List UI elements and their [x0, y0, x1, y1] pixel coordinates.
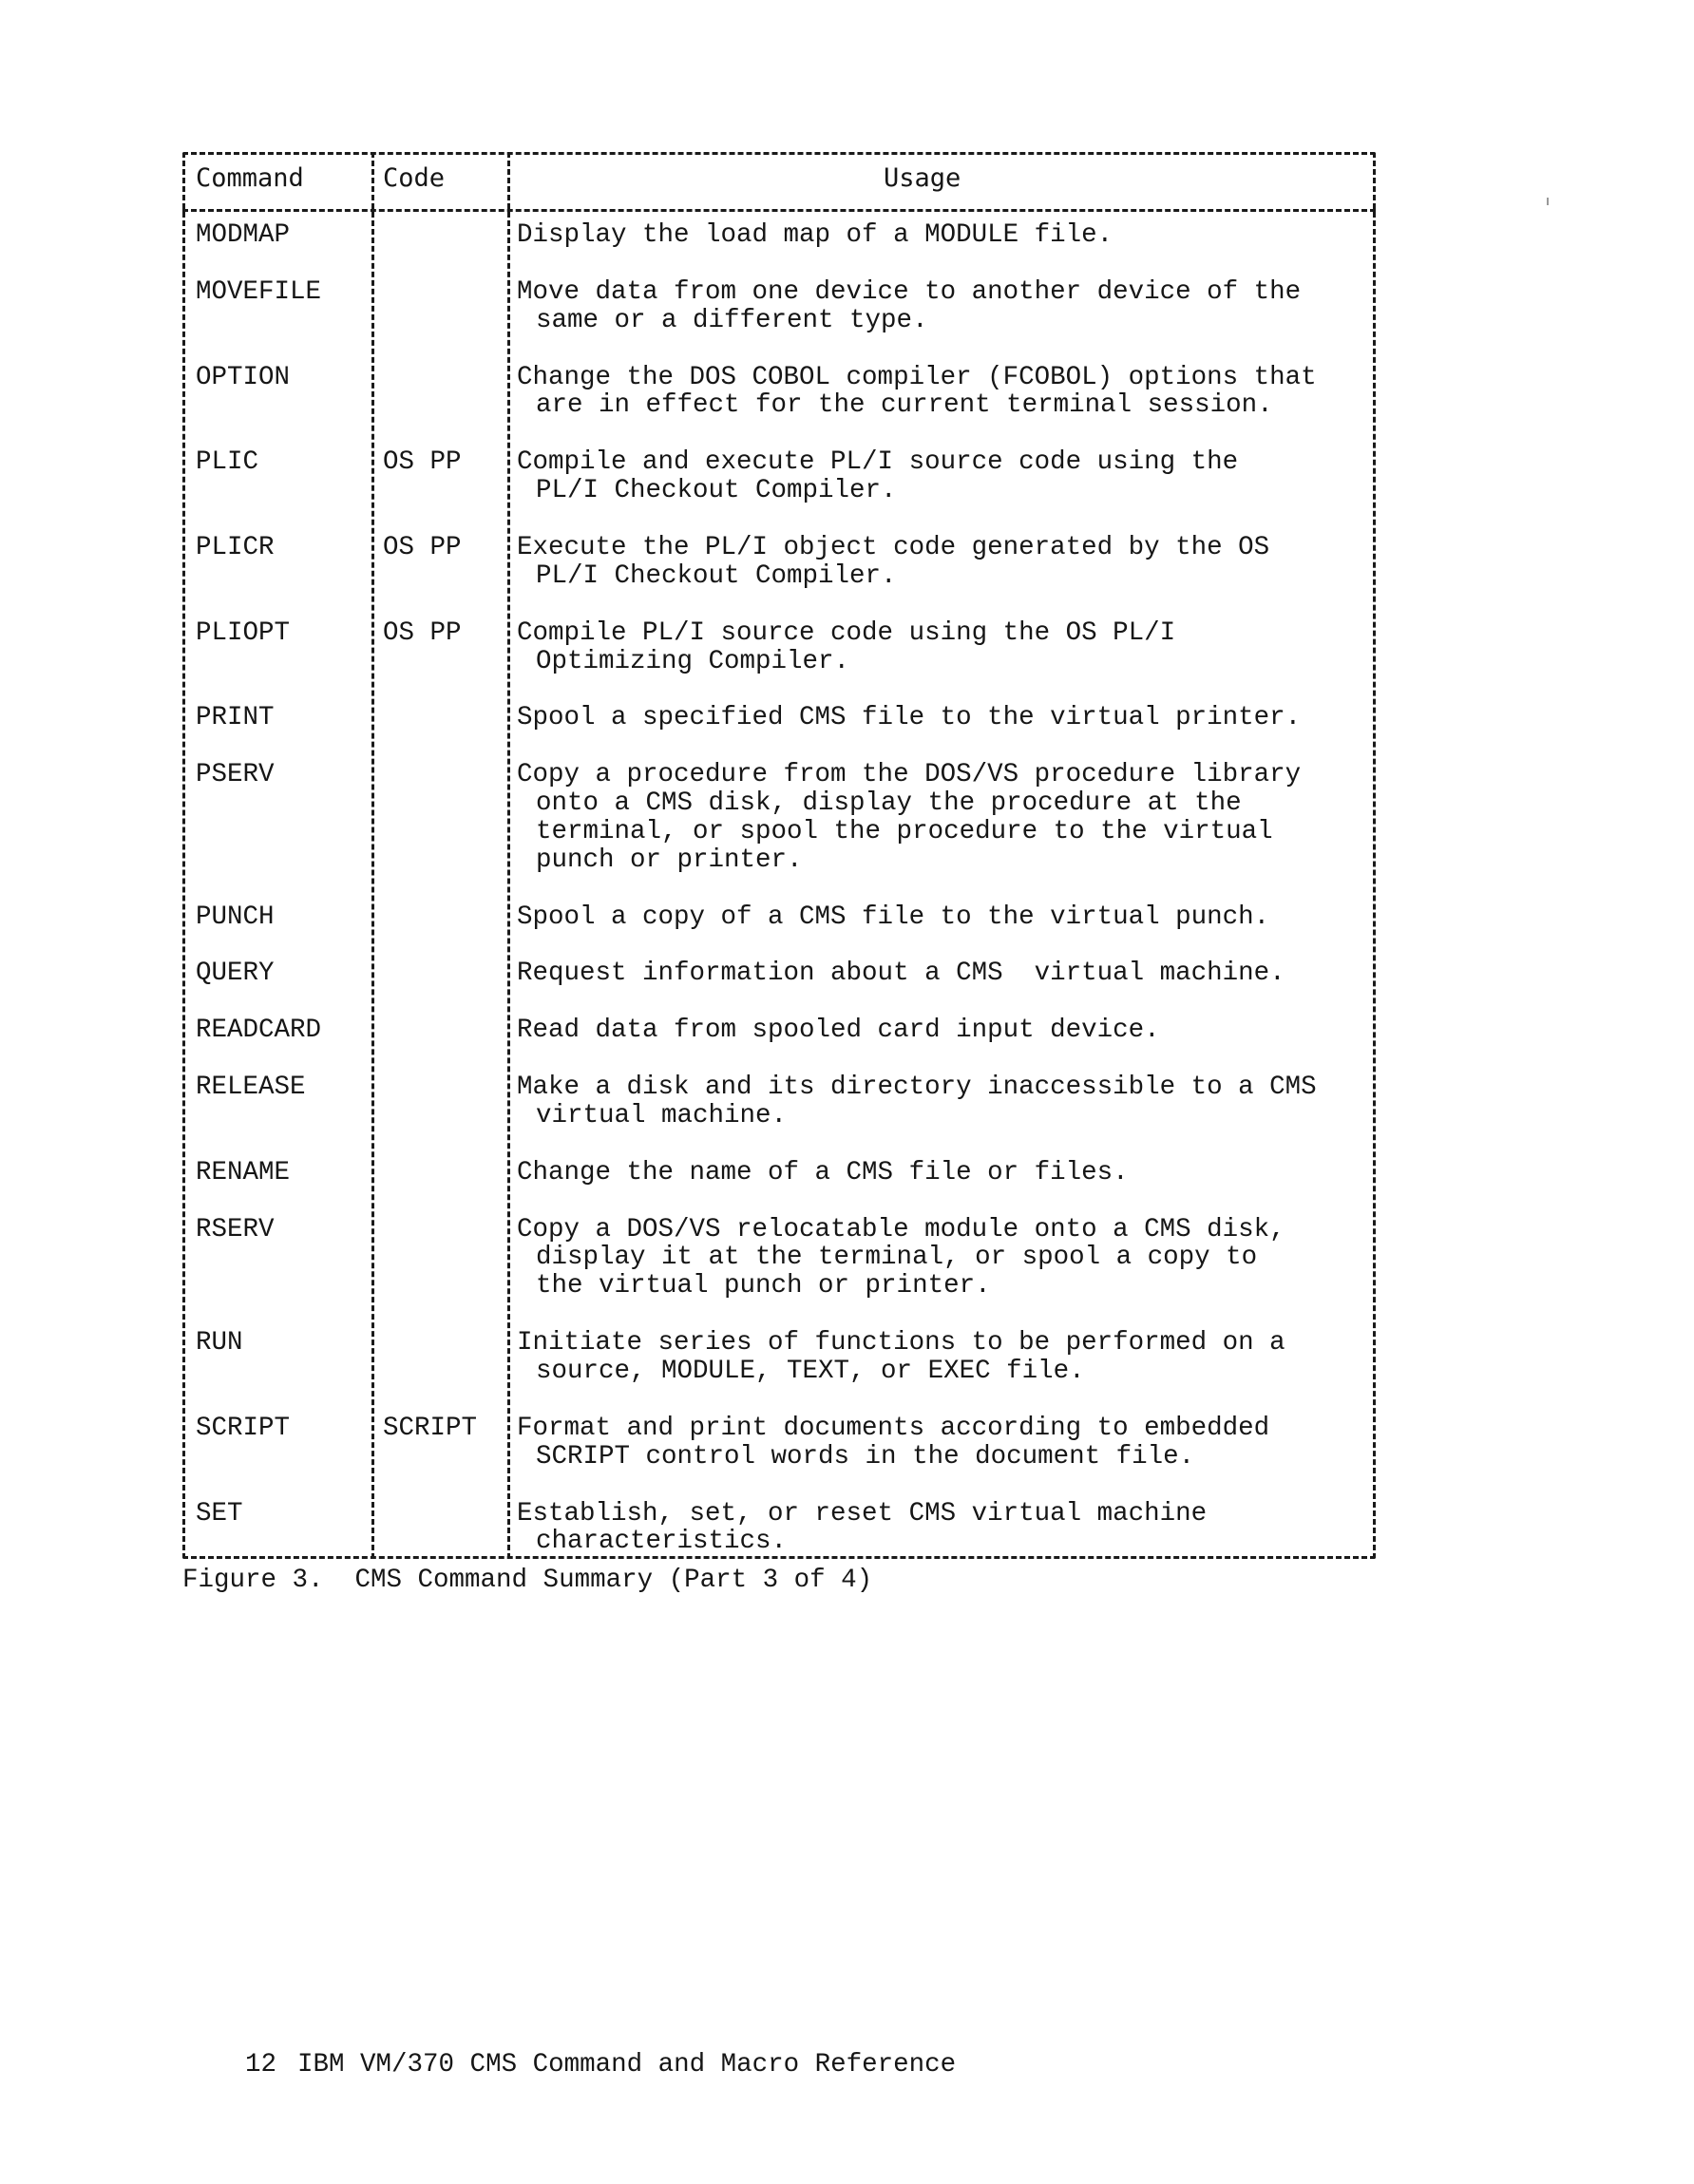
table-row-command: PLIC — [196, 448, 258, 477]
table-row-usage: are in effect for the current terminal s… — [536, 391, 1273, 420]
table-row-command: PSERV — [196, 761, 275, 789]
table-row-command: RUN — [196, 1329, 243, 1358]
table-row-usage: Copy a DOS/VS relocatable module onto a … — [517, 1216, 1285, 1244]
column-divider-usage — [507, 152, 510, 1559]
table-row-usage: Optimizing Compiler. — [536, 648, 849, 676]
document-page: Command Code Usage MODMAPDisplay the loa… — [0, 0, 1694, 2184]
table-row-command: READCARD — [196, 1016, 321, 1045]
table-row-code: OS PP — [383, 619, 462, 648]
header-usage: Usage — [884, 164, 961, 193]
table-row-command: OPTION — [196, 364, 290, 392]
table-row-command: SET — [196, 1500, 243, 1529]
column-divider-code — [371, 152, 374, 1559]
header-command: Command — [196, 164, 304, 193]
scan-speck — [1547, 198, 1549, 205]
table-row-usage: Request information about a CMS virtual … — [517, 959, 1285, 988]
table-row-usage: source, MODULE, TEXT, or EXEC file. — [536, 1358, 1085, 1386]
table-row-command: RSERV — [196, 1216, 275, 1244]
table-row-command: MOVEFILE — [196, 278, 321, 307]
table-row-code: OS PP — [383, 448, 462, 477]
table-row-usage: terminal, or spool the procedure to the … — [536, 818, 1273, 846]
table-row-usage: Establish, set, or reset CMS virtual mac… — [517, 1500, 1207, 1529]
table-row-usage: characteristics. — [536, 1528, 787, 1556]
table-row-usage: virtual machine. — [536, 1102, 787, 1130]
table-row-command: MODMAP — [196, 221, 290, 250]
table-row-usage: PL/I Checkout Compiler. — [536, 477, 897, 505]
table-row-command: PUNCH — [196, 903, 275, 932]
table-row-command: QUERY — [196, 959, 275, 988]
table-row-usage: Spool a copy of a CMS file to the virtua… — [517, 903, 1269, 932]
table-row-usage: Change the name of a CMS file or files. — [517, 1159, 1129, 1187]
table-row-command: RELEASE — [196, 1073, 306, 1102]
table-row-command: RENAME — [196, 1159, 290, 1187]
table-row-usage: Compile and execute PL/I source code usi… — [517, 448, 1238, 477]
page-number: 12 — [245, 2050, 276, 2080]
table-row-usage: Execute the PL/I object code generated b… — [517, 534, 1269, 562]
table-row-command: PLICR — [196, 534, 275, 562]
table-row-usage: Change the DOS COBOL compiler (FCOBOL) o… — [517, 364, 1317, 392]
table-row-usage: Move data from one device to another dev… — [517, 278, 1301, 307]
table-row-code: OS PP — [383, 534, 462, 562]
table-row-usage: punch or printer. — [536, 846, 803, 875]
table-row-command: SCRIPT — [196, 1415, 290, 1443]
table-row-command: PRINT — [196, 704, 275, 732]
table-row-usage: Copy a procedure from the DOS/VS procedu… — [517, 761, 1301, 789]
header-separator — [182, 209, 1376, 212]
page-footer: 12IBM VM/370 CMS Command and Macro Refer… — [182, 2020, 956, 2111]
header-code: Code — [383, 164, 445, 193]
table-row-usage: PL/I Checkout Compiler. — [536, 562, 897, 591]
table-row-usage: same or a different type. — [536, 307, 928, 335]
table-row-usage: Format and print documents according to … — [517, 1415, 1269, 1443]
table-row-code: SCRIPT — [383, 1415, 477, 1443]
table-row-command: PLIOPT — [196, 619, 290, 648]
table-row-usage: SCRIPT control words in the document fil… — [536, 1443, 1194, 1472]
book-title: IBM VM/370 CMS Command and Macro Referen… — [297, 2050, 956, 2080]
table-row-usage: Make a disk and its directory inaccessib… — [517, 1073, 1317, 1102]
table-row-usage: Initiate series of functions to be perfo… — [517, 1329, 1285, 1358]
table-row-usage: display it at the terminal, or spool a c… — [536, 1244, 1257, 1272]
table-row-usage: Spool a specified CMS file to the virtua… — [517, 704, 1301, 732]
table-row-usage: onto a CMS disk, display the procedure a… — [536, 789, 1242, 818]
figure-caption: Figure 3. CMS Command Summary (Part 3 of… — [182, 1566, 872, 1596]
table-row-usage: Display the load map of a MODULE file. — [517, 221, 1113, 250]
table-row-usage: Read data from spooled card input device… — [517, 1016, 1160, 1045]
table-row-usage: Compile PL/I source code using the OS PL… — [517, 619, 1175, 648]
table-row-usage: the virtual punch or printer. — [536, 1272, 991, 1301]
